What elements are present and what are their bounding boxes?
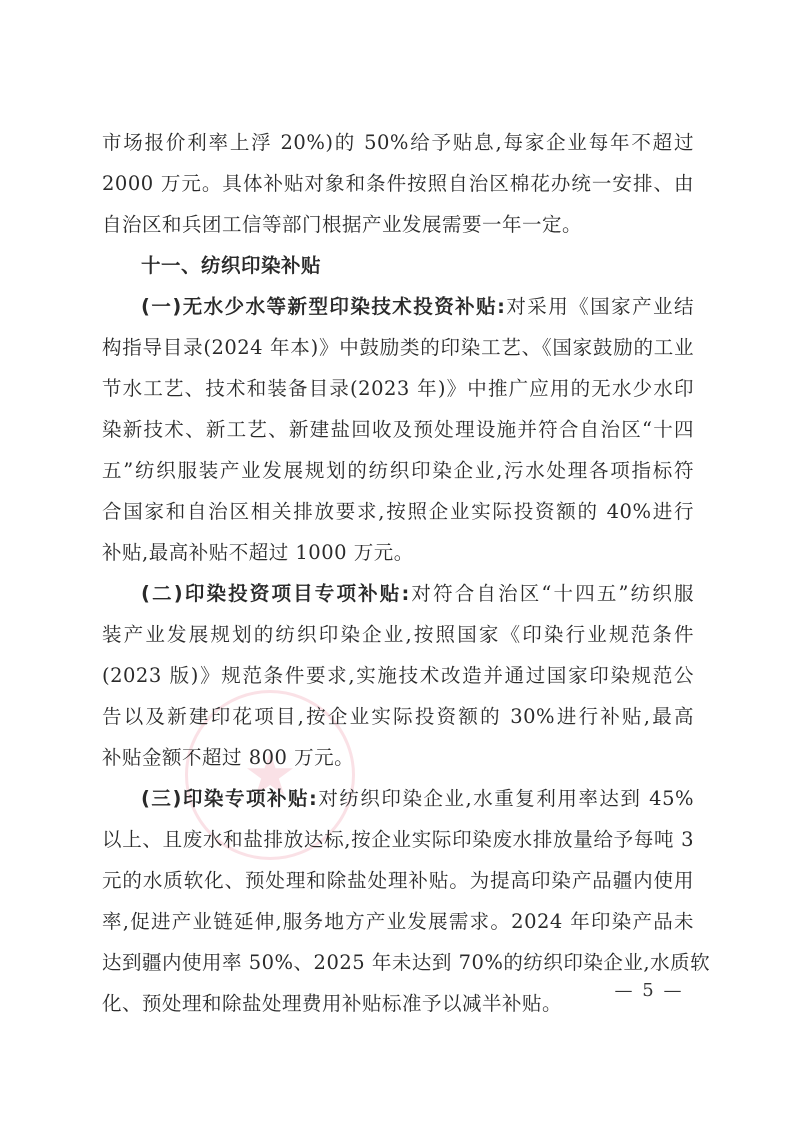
text-line: 市场报价利率上浮 20%)的 50%给予贴息,每家企业每年不超过 bbox=[102, 122, 694, 163]
page-number: — 5 — bbox=[604, 980, 694, 1001]
item-3-title: (三)印染专项补贴: bbox=[141, 787, 317, 810]
text-line: (一)无水少水等新型印染技术投资补贴:对采用《国家产业结 bbox=[102, 286, 694, 327]
item-1-title: (一)无水少水等新型印染技术投资补贴: bbox=[141, 295, 505, 318]
text-line: 元的水质软化、预处理和除盐处理补贴。为提高印染产品疆内使用 bbox=[102, 860, 694, 901]
text-line: 2000 万元。具体补贴对象和条件按照自治区棉花办统一安排、由 bbox=[102, 163, 694, 204]
text-line: 率,促进产业链延伸,服务地方产业发展需求。2024 年印染产品未 bbox=[102, 901, 694, 942]
text-line: 补贴金额不超过 800 万元。 bbox=[102, 737, 694, 778]
text-line: 自治区和兵团工信等部门根据产业发展需要一年一定。 bbox=[102, 204, 694, 245]
section-heading: 十一、纺织印染补贴 bbox=[102, 245, 694, 286]
paragraph-continued: 市场报价利率上浮 20%)的 50%给予贴息,每家企业每年不超过 2000 万元… bbox=[102, 122, 694, 245]
text-line: (三)印染专项补贴:对纺织印染企业,水重复利用率达到 45% bbox=[102, 778, 694, 819]
text-line: 达到疆内使用率 50%、2025 年未达到 70%的纺织印染企业,水质软 bbox=[102, 942, 694, 983]
document-page: ★ 市场报价利率上浮 20%)的 50%给予贴息,每家企业每年不超过 2000 … bbox=[0, 0, 794, 1122]
text-line: 构指导目录(2024 年本)》中鼓励类的印染工艺、《国家鼓励的工业 bbox=[102, 327, 694, 368]
text-line: (二)印染投资项目专项补贴:对符合自治区“十四五”纺织服 bbox=[102, 573, 694, 614]
text-line: (2023 版)》规范条件要求,实施技术改造并通过国家印染规范公 bbox=[102, 655, 694, 696]
text-line: 合国家和自治区相关排放要求,按照企业实际投资额的 40%进行 bbox=[102, 491, 694, 532]
text-line: 装产业发展规划的纺织印染企业,按照国家《印染行业规范条件 bbox=[102, 614, 694, 655]
text-line: 染新技术、新工艺、新建盐回收及预处理设施并符合自治区“十四 bbox=[102, 409, 694, 450]
item-2-title: (二)印染投资项目专项补贴: bbox=[141, 582, 410, 605]
item-3-text: 对纺织印染企业,水重复利用率达到 45% bbox=[317, 787, 694, 810]
text-line: 以上、且废水和盐排放达标,按企业实际印染废水排放量给予每吨 3 bbox=[102, 819, 694, 860]
item-2-paragraph: (二)印染投资项目专项补贴:对符合自治区“十四五”纺织服 装产业发展规划的纺织印… bbox=[102, 573, 694, 778]
page-body: 市场报价利率上浮 20%)的 50%给予贴息,每家企业每年不超过 2000 万元… bbox=[102, 122, 694, 1024]
item-1-paragraph: (一)无水少水等新型印染技术投资补贴:对采用《国家产业结 构指导目录(2024 … bbox=[102, 286, 694, 573]
item-1-text: 对采用《国家产业结 bbox=[505, 295, 694, 318]
text-line: 补贴,最高补贴不超过 1000 万元。 bbox=[102, 532, 694, 573]
text-line: 五”纺织服装产业发展规划的纺织印染企业,污水处理各项指标符 bbox=[102, 450, 694, 491]
text-line: 告以及新建印花项目,按企业实际投资额的 30%进行补贴,最高 bbox=[102, 696, 694, 737]
item-2-text: 对符合自治区“十四五”纺织服 bbox=[410, 582, 694, 605]
text-line: 节水工艺、技术和装备目录(2023 年)》中推广应用的无水少水印 bbox=[102, 368, 694, 409]
